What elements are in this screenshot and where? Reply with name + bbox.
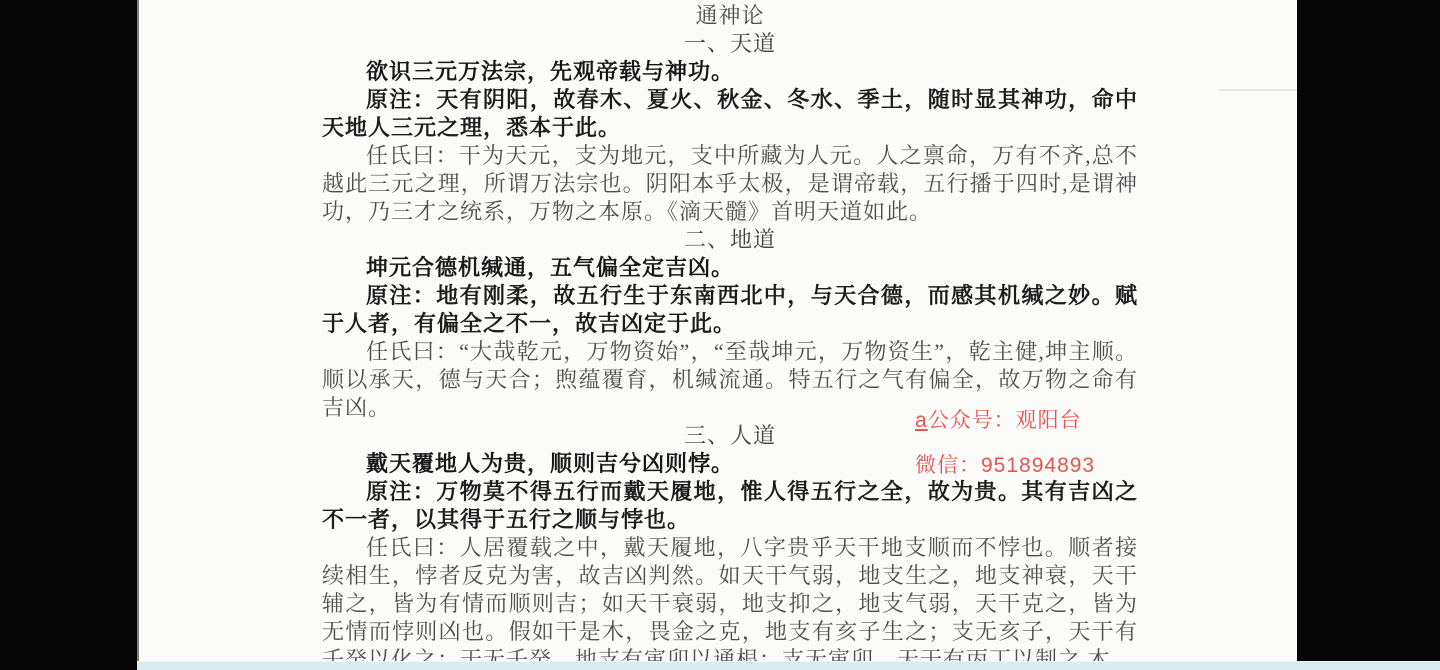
paragraph-commentary-11: 任氏曰：人居覆载之中，戴天履地，八字贵乎天干地支顺而不悖也。顺者接续相生，悖者反… bbox=[322, 534, 1138, 670]
bottom-video-strip bbox=[137, 661, 1440, 670]
watermark-wechat-id: 微信：951894893 bbox=[915, 449, 1095, 479]
watermark-prefix: a bbox=[915, 409, 928, 432]
video-frame: 通神论 一、天道欲识三元万法宗，先观帝载与神功。原注：天有阴阳，故春木、夏火、秋… bbox=[0, 0, 1440, 670]
letterbox-right bbox=[1297, 0, 1440, 670]
document-title: 通神论 bbox=[322, 2, 1138, 30]
paragraph-list: 一、天道欲识三元万法宗，先观帝载与神功。原注：天有阴阳，故春木、夏火、秋金、冬水… bbox=[322, 30, 1138, 670]
paragraph-heading-0: 一、天道 bbox=[322, 30, 1138, 58]
paragraph-note-2: 原注：天有阴阳，故春木、夏火、秋金、冬水、季土，随时显其神功，命中天地人三元之理… bbox=[322, 86, 1138, 142]
watermark-official-account-label: 公众号：观阳台 bbox=[928, 409, 1082, 432]
document-text-column: 通神论 一、天道欲识三元万法宗，先观帝载与神功。原注：天有阴阳，故春木、夏火、秋… bbox=[322, 2, 1138, 670]
paragraph-verse-5: 坤元合德机缄通，五气偏全定吉凶。 bbox=[322, 254, 1138, 282]
paragraph-note-6: 原注：地有刚柔，故五行生于东南西北中，与天合德，而感其机缄之妙。赋于人者，有偏全… bbox=[322, 282, 1138, 338]
paragraph-commentary-3: 任氏曰：干为天元，支为地元，支中所藏为人元。人之禀命，万有不齐,总不越此三元之理… bbox=[322, 142, 1138, 226]
paragraph-note-10: 原注：万物莫不得五行而戴天履地，惟人得五行之全，故为贵。其有吉凶之不一者，以其得… bbox=[322, 478, 1138, 534]
paragraph-verse-1: 欲识三元万法宗，先观帝载与神功。 bbox=[322, 58, 1138, 86]
paragraph-heading-4: 二、地道 bbox=[322, 226, 1138, 254]
letterbox-left bbox=[0, 0, 137, 670]
watermark-official-account: a公众号：观阳台 bbox=[915, 404, 1082, 434]
